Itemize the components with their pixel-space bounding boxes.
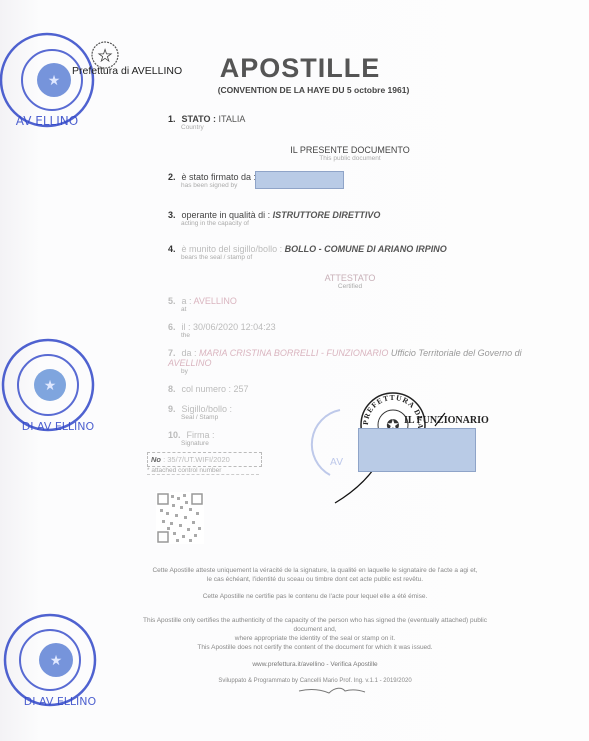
svg-text:AV ELLINO: AV ELLINO [16, 114, 78, 128]
document-title: APOSTILLE [0, 53, 589, 84]
item-date: 6.il : 30/06/2020 12:04:23 the [168, 322, 276, 339]
item-place: 5.a : AVELLINO at [168, 296, 237, 313]
bottom-signature-icon [297, 684, 367, 698]
document-subtitle: (CONVENTION DE LA HAYE DU 5 octobre 1961… [0, 85, 589, 95]
item-capacity: 3.operante in qualità di : ISTRUTTORE DI… [168, 210, 380, 227]
qr-code-icon [156, 492, 204, 544]
item-seal-of: 4.è munito del sigillo/bollo : BOLLO - C… [168, 244, 447, 261]
verification-link[interactable]: www.prefettura.it/avellino - Verifica Ap… [0, 660, 589, 669]
apostille-page: ★ AV ELLINO ★ DI AV ELLINO ★ DI AV ELLIN… [0, 0, 589, 741]
prefettura-stamp-icon: ★ DI AV ELLINO [0, 330, 108, 440]
footer-fr-line3: Cette Apostille ne certifie pas le conte… [0, 592, 589, 601]
control-number: No : 35/7/UT.WIFI/2020 [147, 452, 262, 467]
item-signed-by: 2.è stato firmato da : has been signed b… [168, 172, 256, 189]
footer-fr-line2: le cas échéant, l'identité du sceau ou t… [0, 575, 589, 584]
signer-redaction [255, 171, 344, 189]
svg-text:DI AV ELLINO: DI AV ELLINO [22, 420, 95, 433]
footer-en-line2: document and, [0, 625, 589, 634]
footer-en-line3: where appropriate the identity of the se… [0, 634, 589, 643]
certified-sub: Certified [270, 283, 430, 290]
item-by: 7.da : MARIA CRISTINA BORRELLI - FUNZION… [168, 348, 548, 375]
item-seal-stamp: 9.Sigillo/bollo : Seal / Stamp [168, 404, 232, 421]
svg-text:★: ★ [44, 378, 57, 394]
certified-heading: ATTESTATO [270, 273, 430, 283]
section-heading: IL PRESENTE DOCUMENTO [270, 145, 430, 155]
footer-credits: Sviluppato & Programmato by Cancelli Mar… [0, 677, 589, 686]
footer-fr-line1: Cette Apostille atteste uniquement la vé… [0, 566, 589, 575]
item-signature: 10.Firma : Signature [168, 430, 215, 447]
section-heading-sub: This public document [270, 155, 430, 162]
footer-en-line1: This Apostille only certifies the authen… [0, 616, 589, 625]
item-country: 1.STATO : ITALIA Country [168, 114, 245, 131]
item-number: 8.col numero : 257 [168, 384, 249, 394]
official-signature-redaction [358, 428, 476, 472]
control-number-sub: * attached control number [147, 467, 259, 475]
svg-text:DI AV ELLINO: DI AV ELLINO [24, 695, 97, 708]
footer-en-line4: This Apostille does not certify the cont… [0, 643, 589, 652]
